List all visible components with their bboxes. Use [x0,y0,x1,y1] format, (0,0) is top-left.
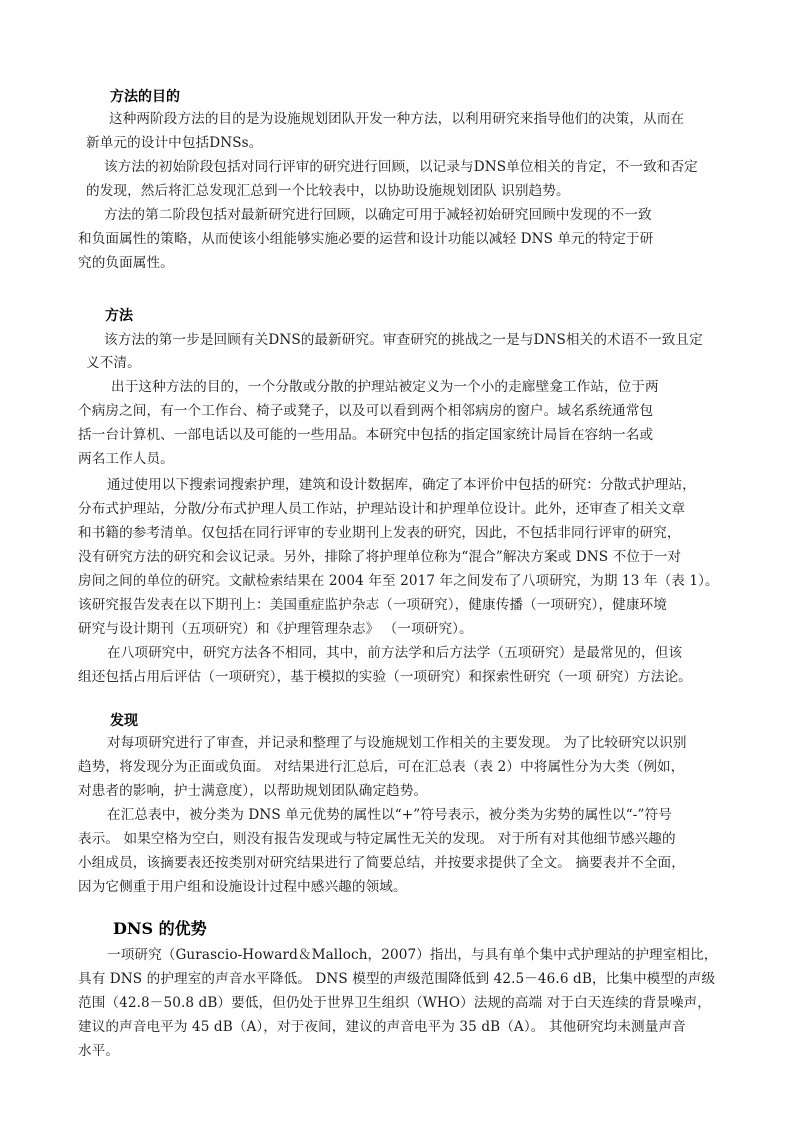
paragraph-line: 该方法的第一步是回顾有关DNS的最新研究。审查研究的挑战之一是与DNS相关的术语… [104,331,703,349]
paragraph-line: 研究与设计期刊（五项研究）和《护理管理杂志》 （一项研究）。 [78,620,473,638]
paragraph-line: 组还包括占用后评估（一项研究），基于模拟的实验（一项研究）和探索性研究（一项 研… [78,668,692,686]
paragraph-line: 没有研究方法的研究和会议记录。另外，排除了将护理单位称为“混合”解决方案或 DN… [78,548,681,566]
paragraph-line: 这种两阶段方法的目的是为设施规划团队开发一种方法，以利用研究来指导他们的决策，从… [109,110,789,128]
paragraph-line: 小组成员，该摘要表还按类别对研究结果进行了简要总结，并按要求提供了全文。 摘要表… [78,854,685,872]
paragraph-line: 和负面属性的策略，从而使该小组能够实施必要的运营和设计功能以减轻 DNS 单元的… [78,230,653,248]
section-heading-method: 方法 [105,305,133,325]
paragraph-line: 房间之间的单位的研究。文献检索结果在 2004 年至 2017 年之间发布了八项… [78,572,719,590]
document-page: 方法的目的 这种两阶段方法的目的是为设施规划团队开发一种方法，以利用研究来指导他… [0,0,802,1133]
paragraph-line: 和书籍的参考清单。仅包括在同行评审的专业期刊上发表的研究，因此，不包括非同行评审… [78,524,681,542]
paragraph-line: 新单元的设计中包括DNSs。 [86,134,262,152]
paragraph-line: 水平。 [78,1042,119,1060]
paragraph-line: 趋势，将发现分为正面或负面。 对结果进行汇总后，可在汇总表（表 2）中将属性分为… [78,758,684,776]
paragraph-line: 个病房之间，有一个工作台、椅子或凳子，以及可以看到两个相邻病房的窗户。域名系统通… [78,402,653,420]
paragraph-line: 在汇总表中，被分类为 DNS 单元优势的属性以“+”符号表示，被分类为劣势的属性… [107,806,672,824]
paragraph-line: 方法的第二阶段包括对最新研究进行回顾，以确定可用于减轻初始研究回顾中发现的不一致 [104,206,652,224]
paragraph-line: 义不清。 [86,354,141,372]
paragraph-line: 的发现，然后将汇总发现汇总到一个比较表中，以协助设施规划团队 识别趋势。 [86,182,570,200]
paragraph-line: 究的负面属性。 [78,254,174,272]
paragraph-line: 该方法的初始阶段包括对同行评审的研究进行回顾，以记录与DNS单位相关的肯定，不一… [104,158,698,176]
paragraph-line: 在八项研究中，研究方法各不相同，其中，前方法学和后方法学（五项研究）是最常见的，… [107,644,682,662]
section-heading-purpose: 方法的目的 [110,86,180,106]
paragraph-line: 一项研究（Gurascio-Howard＆Malloch，2007）指出，与具有… [107,946,718,964]
paragraph-line: 具有 DNS 的护理室的声音水平降低。 DNS 模型的声级范围降低到 42.5－… [78,970,715,988]
paragraph-line: 建议的声音电平为 45 dB（A），对于夜间，建议的声音电平为 35 dB（A）… [78,1018,686,1036]
paragraph-line: 该研究报告发表在以下期刊上：美国重症监护杂志（一项研究），健康传播（一项研究），… [78,596,667,614]
paragraph-line: 两名工作人员。 [78,450,174,468]
paragraph-line: 通过使用以下搜索词搜索护理，建筑和设计数据库，确定了本评价中包括的研究：分散式护… [107,476,696,494]
paragraph-line: 范围（42.8－50.8 dB）要低，但仍处于世界卫生组织（WHO）法规的高端 … [78,994,711,1012]
paragraph-line: 因为它侧重于用户组和设施设计过程中感兴趣的领域。 [78,878,407,896]
paragraph-line: 括一台计算机、一部电话以及可能的一些用品。本研究中包括的指定国家统计局旨在容纳一… [78,426,653,444]
paragraph-line: 对患者的影响，护士满意度），以帮助规划团队确定趋势。 [78,782,427,800]
section-heading-findings: 发现 [110,710,138,730]
paragraph-line: 表示。 如果空格为空白，则没有报告发现或与特定属性无关的发现。 对于所有对其他细… [78,830,676,848]
paragraph-line: 对每项研究进行了审查，并记录和整理了与设施规划工作相关的主要发现。 为了比较研究… [107,734,687,752]
paragraph-line: 分布式护理站，分散/分布式护理人员工作站，护理站设计和护理单位设计。此外，还审查… [78,500,685,518]
section-heading-dns-advantages: DNS 的优势 [113,916,207,939]
paragraph-line: 出于这种方法的目的，一个分散或分散的护理站被定义为一个小的走廊壁龛工作站，位于两 [111,378,659,396]
